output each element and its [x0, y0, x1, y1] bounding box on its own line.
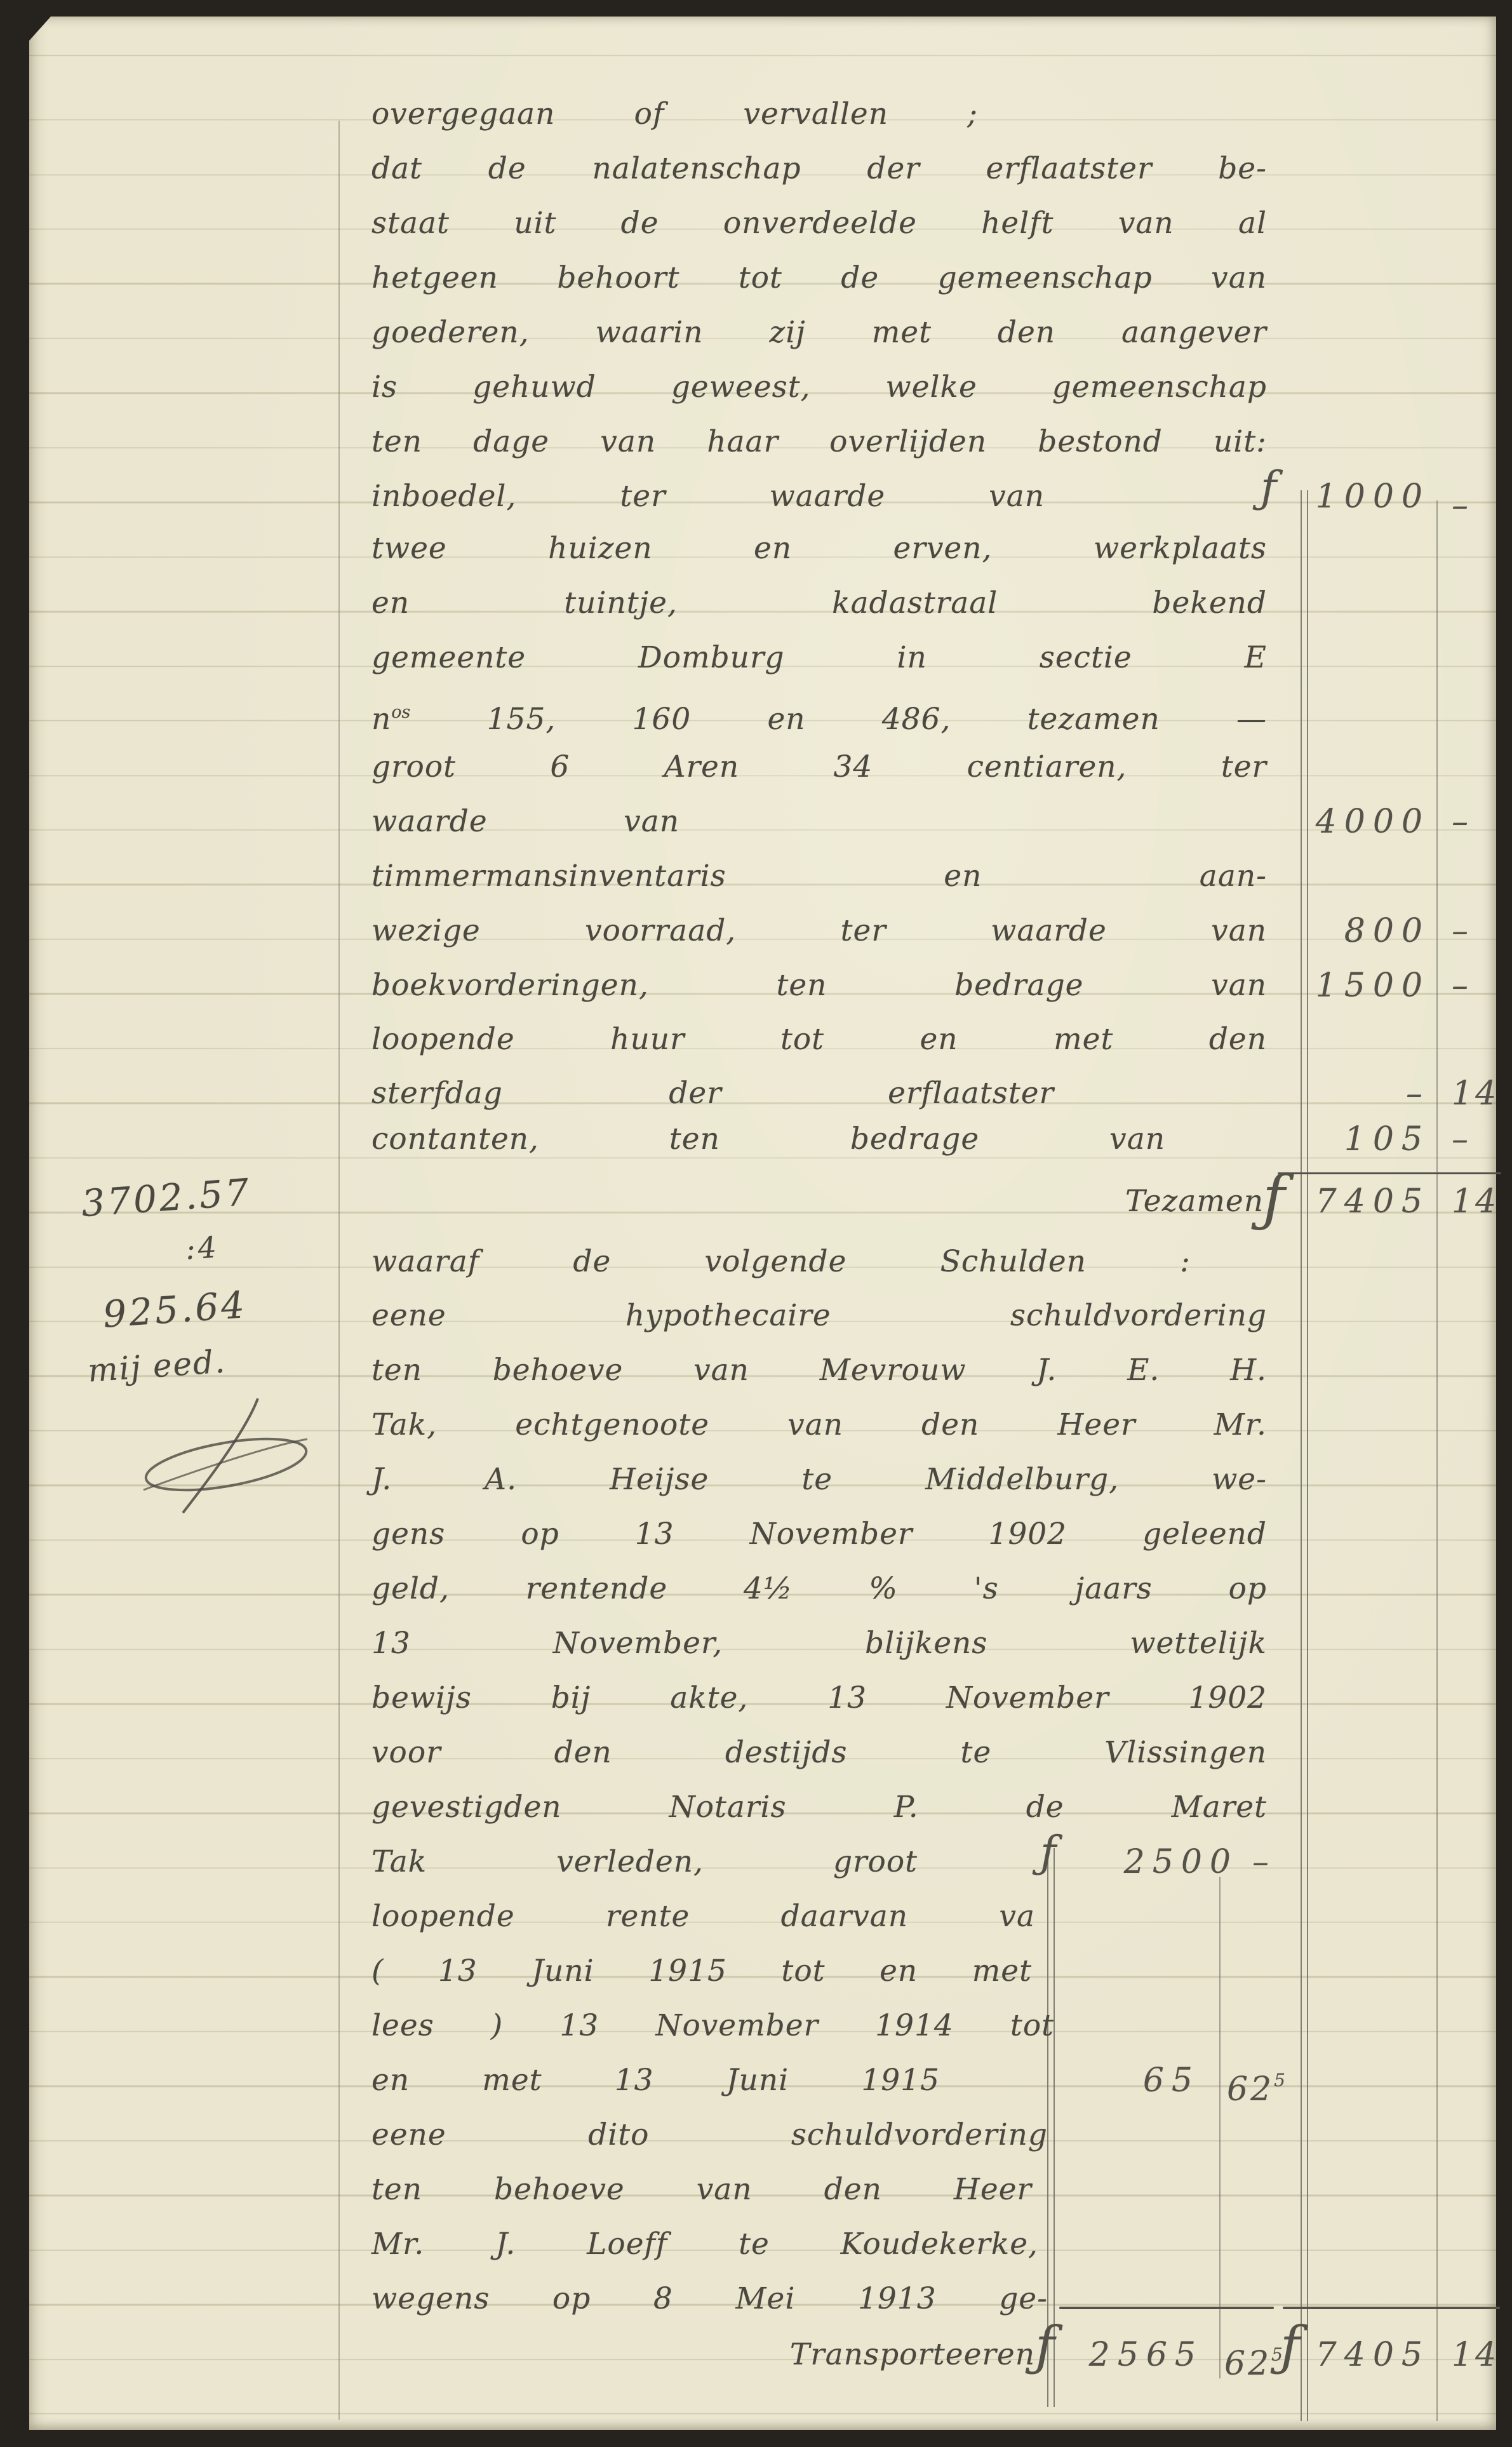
florin-sign: ƒ	[1035, 2319, 1055, 2373]
handwriting-line: sterfdag der erflaatster	[371, 1069, 1054, 1118]
handwriting-line: gens op 13 November 1902 geleend	[371, 1510, 1267, 1559]
handwriting-line: loopende huur tot en met den	[371, 1016, 1267, 1064]
florin-sign: ƒ	[1040, 1832, 1056, 1875]
paraph-flourish-icon	[124, 1395, 321, 1515]
amount-guilders: 4000	[1303, 798, 1430, 846]
handwriting-line: gevestigden Notaris P. de Maret	[371, 1783, 1267, 1832]
handwriting-line: dat de nalatenschap der erflaatster be-	[371, 145, 1267, 193]
amount-cents: –	[1452, 473, 1502, 521]
margin-sum-divisor: :4	[184, 1230, 220, 1266]
handwriting-line-transporteeren-label: Transporteeren	[699, 2331, 1035, 2379]
florin-sign: ƒ	[1280, 2319, 1300, 2373]
handwriting-line: Tak verleden, groot	[371, 1838, 918, 1886]
handwriting-line: is gehuwd geweest, welke gemeenschap	[371, 363, 1267, 412]
handwriting-line: geld, rentende 4½ % 's jaars op	[371, 1565, 1267, 1613]
amount-guilders: 105	[1303, 1115, 1430, 1163]
amount-guilders-total: 7405	[1303, 1177, 1430, 1226]
handwriting-line: overgegaan of vervallen ;	[371, 90, 978, 138]
transport-sum-rule-outer	[1283, 2307, 1500, 2309]
amount-cents-total: 14	[1452, 1177, 1502, 1226]
amount-cents: –	[1452, 1115, 1502, 1163]
handwriting-line: J. A. Heijse te Middelburg, we-	[371, 1456, 1267, 1504]
amount-cents: –	[1452, 962, 1502, 1010]
amount-cents: –	[1452, 798, 1502, 846]
debt-column-cents-rule	[1219, 1877, 1221, 2378]
handwriting-line: inboedel, ter waarde van	[371, 473, 1045, 521]
handwriting-line: gemeente Domburg in sectie E	[371, 634, 1267, 682]
handwriting-line: eene hypothecaire schuldvordering	[371, 1292, 1267, 1340]
handwriting-line: ten behoeve van den Heer	[371, 2166, 1032, 2214]
amount-column-rule-left-a	[1301, 490, 1302, 2421]
amount-column-cents-rule	[1436, 500, 1438, 2421]
handwriting-line: contanten, ten bedrage van	[371, 1115, 1165, 1163]
handwriting-line: groot 6 Aren 34 centiaren, ter	[371, 743, 1267, 791]
handwriting-line: wegens op 8 Mei 1913 ge-	[371, 2275, 1048, 2323]
amount-guilders: 2500	[1080, 1838, 1238, 1886]
handwriting-line: ten dage van haar overlijden bestond uit…	[371, 418, 1267, 466]
handwriting-line: Mr. J. Loeff te Koudekerke,	[371, 2220, 1038, 2269]
amount-guilders: 800	[1303, 907, 1430, 955]
handwriting-line: ( 13 Juni 1915 tot en met	[371, 1947, 1032, 1995]
handwriting-line: wezige voorraad, ter waarde van	[371, 907, 1267, 955]
handwriting-line: Tak, echtgenoote van den Heer Mr.	[371, 1401, 1267, 1449]
amount-guilders: 1000	[1303, 473, 1430, 521]
amount-guilders-subtotal: 2565	[1067, 2331, 1203, 2379]
handwriting-line: hetgeen behoort tot de gemeenschap van	[371, 254, 1267, 302]
handwriting-line: voor den destijds te Vlissingen	[371, 1729, 1267, 1777]
florin-sign: ƒ	[1261, 467, 1276, 510]
handwriting-line: staat uit de onverdeelde helft van al	[371, 199, 1267, 248]
amount-cents: 625	[1227, 2056, 1297, 2105]
handwriting-line: boekvorderingen, ten bedrage van	[371, 962, 1267, 1010]
amount-guilders: 1500	[1303, 962, 1430, 1010]
amount-cents-total: 14	[1452, 2331, 1502, 2379]
handwriting-line: waaraf de volgende Schulden :	[371, 1238, 1191, 1286]
handwriting-line: en met 13 Juni 1915	[371, 2056, 940, 2105]
handwriting-line: twee huizen en erven, werkplaats	[371, 525, 1267, 573]
amount-column-rule-left-b	[1307, 490, 1308, 2421]
amount-guilders: 65	[1118, 2056, 1200, 2105]
margin-rule	[338, 121, 340, 2420]
amount-cents: 14	[1452, 1069, 1502, 1118]
handwriting-line: timmermansinventaris en aan-	[371, 852, 1267, 901]
tezamen-sum-rule	[1278, 1172, 1501, 1174]
handwriting-line-tezamen-label: Tezamen	[953, 1177, 1264, 1226]
amount-cents: –	[1452, 907, 1502, 955]
amount-guilders-total: 7405	[1303, 2331, 1430, 2379]
handwriting-line: eene dito schuldvordering	[371, 2111, 1048, 2159]
handwriting-line: ten behoeve van Mevrouw J. E. H.	[371, 1346, 1267, 1395]
handwriting-line: 13 November, blijkens wettelijk	[371, 1619, 1267, 1668]
handwriting-line: lees ) 13 November 1914 tot	[371, 2002, 1054, 2050]
handwriting-line: loopende rente daarvan va	[371, 1893, 1035, 1941]
handwriting-line: en tuintje, kadastraal bekend	[371, 579, 1267, 627]
handwriting-line: goederen, waarin zij met den aangever	[371, 309, 1267, 357]
transport-sum-rule-inner	[1059, 2307, 1274, 2309]
amount-cents: –	[1252, 1838, 1297, 1886]
handwriting-line-parcel-numbers: nos 155, 160 en 486, tezamen —	[371, 688, 1267, 737]
handwriting-line: bewijs bij akte, 13 November 1902	[371, 1674, 1267, 1722]
superscript-os: os	[391, 702, 410, 722]
florin-sign: ƒ	[1262, 1167, 1285, 1228]
handwriting-line: waarde van	[371, 798, 679, 846]
scanned-ledger-page: 3702.57 :4 925.64 mij eed. overgegaan of…	[0, 0, 1512, 2447]
amount-guilders: –	[1303, 1069, 1430, 1118]
